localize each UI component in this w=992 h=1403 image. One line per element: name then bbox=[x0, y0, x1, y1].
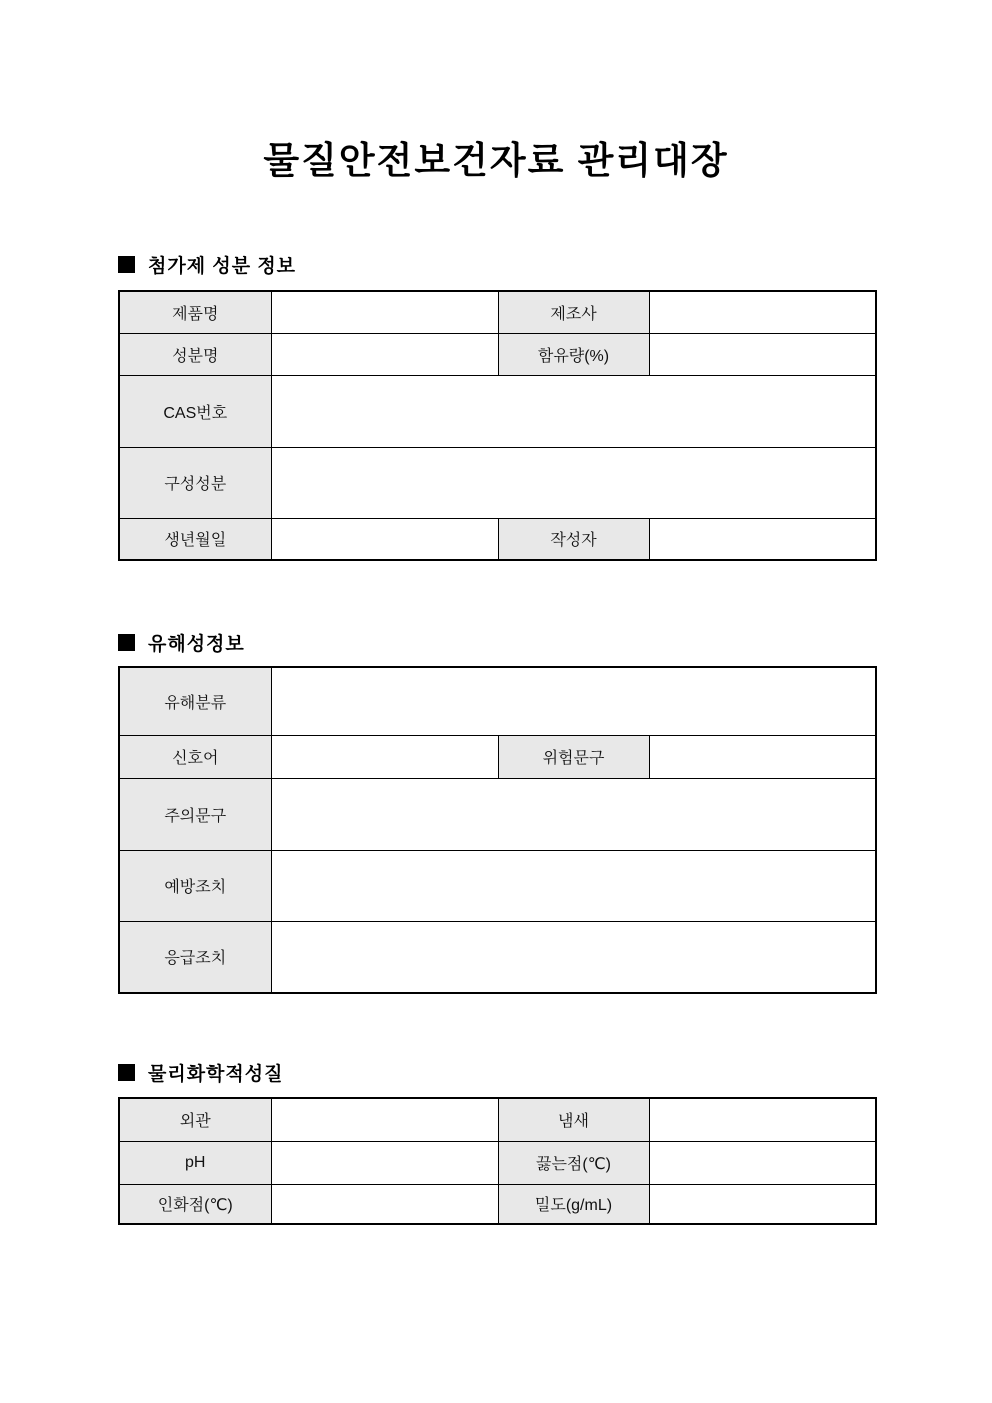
input-precautionary-statement[interactable] bbox=[271, 778, 876, 850]
section-header-label-hazard-info: 유해성정보 bbox=[148, 629, 245, 656]
section-bullet-icon bbox=[118, 634, 135, 651]
input-flash-point[interactable] bbox=[271, 1184, 498, 1224]
table-row: CAS번호 bbox=[119, 375, 876, 447]
label-flash-point: 인화점(℃) bbox=[119, 1184, 271, 1224]
input-boiling-point[interactable] bbox=[649, 1141, 876, 1184]
section-bullet-icon bbox=[118, 256, 135, 273]
input-cas-number[interactable] bbox=[271, 375, 876, 447]
label-signal-word: 신호어 bbox=[119, 735, 271, 778]
input-odor[interactable] bbox=[649, 1098, 876, 1141]
table-row: 응급조치 bbox=[119, 921, 876, 993]
label-preventive-measures: 예방조치 bbox=[119, 850, 271, 921]
section-bullet-icon bbox=[118, 1064, 135, 1081]
input-ingredient-name[interactable] bbox=[271, 333, 498, 375]
table-row: 외관 냄새 bbox=[119, 1098, 876, 1141]
table-row: pH 끓는점(℃) bbox=[119, 1141, 876, 1184]
input-date-of-birth[interactable] bbox=[271, 518, 498, 560]
label-date-of-birth: 생년월일 bbox=[119, 518, 271, 560]
label-hazard-statement: 위험문구 bbox=[498, 735, 649, 778]
input-author[interactable] bbox=[649, 518, 876, 560]
label-appearance: 외관 bbox=[119, 1098, 271, 1141]
label-cas-number: CAS번호 bbox=[119, 375, 271, 447]
input-density[interactable] bbox=[649, 1184, 876, 1224]
input-hazard-statement[interactable] bbox=[649, 735, 876, 778]
label-odor: 냄새 bbox=[498, 1098, 649, 1141]
label-content-percent: 함유량(%) bbox=[498, 333, 649, 375]
input-preventive-measures[interactable] bbox=[271, 850, 876, 921]
label-author: 작성자 bbox=[498, 518, 649, 560]
page-title: 물질안전보건자료 관리대장 bbox=[0, 130, 992, 184]
table-row: 제품명 제조사 bbox=[119, 291, 876, 333]
table-row: 유해분류 bbox=[119, 667, 876, 735]
section-header-label-physicochemical: 물리화학적성질 bbox=[148, 1059, 283, 1086]
section-header-label-additive-info: 첨가제 성분 정보 bbox=[148, 251, 296, 278]
table-additive-info: 제품명 제조사 성분명 함유량(%) CAS번호 구성성분 생년월일 bbox=[118, 290, 877, 561]
input-appearance[interactable] bbox=[271, 1098, 498, 1141]
input-manufacturer[interactable] bbox=[649, 291, 876, 333]
input-content-percent[interactable] bbox=[649, 333, 876, 375]
table-row: 성분명 함유량(%) bbox=[119, 333, 876, 375]
label-precautionary-statement: 주의문구 bbox=[119, 778, 271, 850]
table-row: 주의문구 bbox=[119, 778, 876, 850]
section-header-physicochemical: 물리화학적성질 bbox=[118, 1059, 283, 1086]
input-first-aid-measures[interactable] bbox=[271, 921, 876, 993]
input-product-name[interactable] bbox=[271, 291, 498, 333]
table-row: 생년월일 작성자 bbox=[119, 518, 876, 560]
section-header-hazard-info: 유해성정보 bbox=[118, 629, 245, 656]
input-composition[interactable] bbox=[271, 447, 876, 518]
document-page: 물질안전보건자료 관리대장 첨가제 성분 정보 제품명 제조사 성분명 함유량(… bbox=[0, 0, 992, 1403]
label-composition: 구성성분 bbox=[119, 447, 271, 518]
table-row: 구성성분 bbox=[119, 447, 876, 518]
table-row: 신호어 위험문구 bbox=[119, 735, 876, 778]
label-ph: pH bbox=[119, 1141, 271, 1184]
input-ph[interactable] bbox=[271, 1141, 498, 1184]
table-row: 인화점(℃) 밀도(g/mL) bbox=[119, 1184, 876, 1224]
label-product-name: 제품명 bbox=[119, 291, 271, 333]
label-ingredient-name: 성분명 bbox=[119, 333, 271, 375]
table-row: 예방조치 bbox=[119, 850, 876, 921]
label-hazard-classification: 유해분류 bbox=[119, 667, 271, 735]
table-physicochemical: 외관 냄새 pH 끓는점(℃) 인화점(℃) 밀도(g/mL) bbox=[118, 1097, 877, 1225]
input-hazard-classification[interactable] bbox=[271, 667, 876, 735]
label-manufacturer: 제조사 bbox=[498, 291, 649, 333]
label-density: 밀도(g/mL) bbox=[498, 1184, 649, 1224]
label-boiling-point: 끓는점(℃) bbox=[498, 1141, 649, 1184]
label-first-aid-measures: 응급조치 bbox=[119, 921, 271, 993]
section-header-additive-info: 첨가제 성분 정보 bbox=[118, 251, 296, 278]
input-signal-word[interactable] bbox=[271, 735, 498, 778]
table-hazard-info: 유해분류 신호어 위험문구 주의문구 예방조치 응급조치 bbox=[118, 666, 877, 994]
